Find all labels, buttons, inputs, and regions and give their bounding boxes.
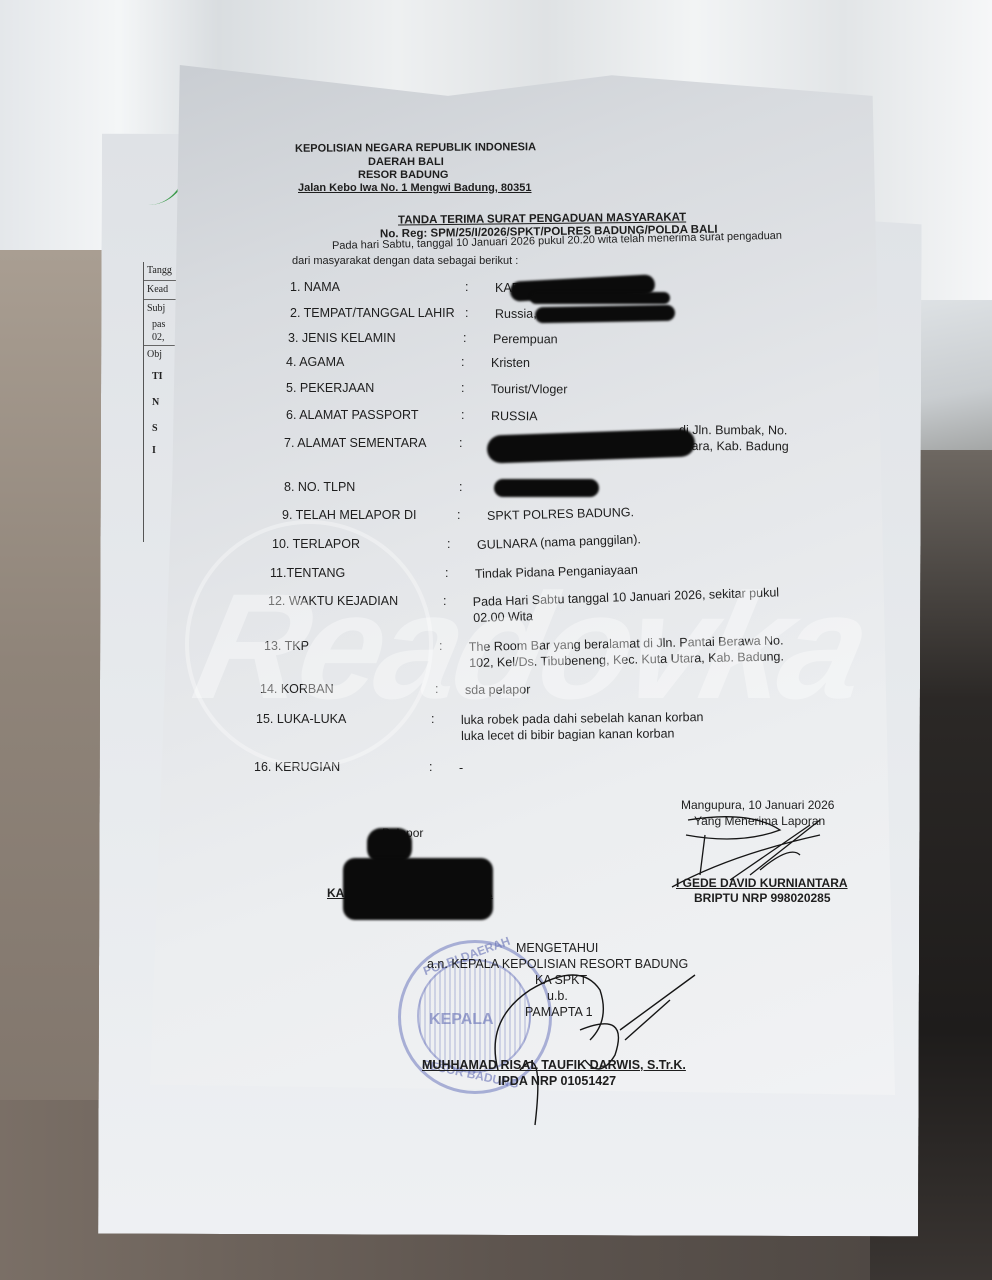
field-colon: : [445,566,448,580]
field-value-line: Tourist/Vloger [491,381,568,397]
field-colon: : [443,594,446,608]
receiver-rank-nrp: BRIPTU NRP 998020285 [694,891,831,905]
field-colon: : [463,331,466,345]
header-region: DAERAH BALI [368,156,444,168]
approval-line-1: MENGETAHUI [516,941,598,955]
field-value-line: Russia, [495,306,537,322]
field-label: 8. NO. TLPN [284,480,355,494]
field-value-line: Kristen [491,355,530,371]
field-value: Tindak Pidana Penganiayaan [475,562,638,582]
field-value: Kristen [491,355,530,371]
field-value: GULNARA (nama panggilan). [477,531,641,553]
field-value: SPKT POLRES BADUNG. [487,504,634,524]
field-value-line: - [459,760,463,776]
field-value: RUSSIA [491,408,538,424]
redaction-name-2 [530,292,670,304]
header-institution: KEPOLISIAN NEGARA REPUBLIK INDONESIA [295,141,536,155]
field-colon: : [461,381,464,395]
document-content: KEPOLISIAN NEGARA REPUBLIK INDONESIA DAE… [0,0,992,1280]
redaction-birth [535,305,675,323]
field-value-line: Perempuan [493,331,558,347]
field-value: di Jln. Bumbak, No.Utara, Kab. Badung [679,422,789,454]
receiver-name: I GEDE DAVID KURNIANTARA [676,876,848,890]
field-colon: : [429,760,432,774]
receiver-place-date: Mangupura, 10 Januari 2026 [681,798,834,812]
field-value: - [459,760,463,776]
approval-name: MUHHAMAD RISAL TAUFIK DARWIS, S.Tr.K. [422,1058,686,1072]
header-resort: RESOR BADUNG [358,169,448,181]
redaction-address [487,428,696,463]
field-colon: : [459,436,462,450]
field-colon: : [447,537,450,551]
field-label: 6. ALAMAT PASSPORT [286,408,418,422]
header-address: Jalan Kebo Iwa No. 1 Mengwi Badung, 8035… [298,182,532,194]
field-colon: : [461,355,464,369]
field-value-line: sda pelapor [465,681,530,698]
field-label: 3. JENIS KELAMIN [288,331,396,345]
field-colon: : [457,508,460,522]
stamp-middle-text: KEPALA [429,1011,494,1029]
redaction-phone [494,479,599,497]
field-value: Pada Hari Sabtu tanggal 10 Januari 2026,… [472,584,779,626]
field-value: Russia, [495,306,537,322]
field-value-line: Utara, Kab. Badung [679,438,789,454]
field-value: The Room Bar yang beralamat di Jln. Pant… [469,632,784,671]
field-label: 4. AGAMA [286,355,344,369]
field-label: 1. NAMA [290,280,340,294]
field-value-line: SPKT POLRES BADUNG. [487,504,634,524]
field-colon: : [431,712,434,726]
field-value: Perempuan [493,331,558,347]
field-value-line: di Jln. Bumbak, No. [679,422,789,438]
approval-signature [490,960,700,1130]
field-label: 5. PEKERJAAN [286,381,374,395]
watermark-circle [185,520,433,768]
field-colon: : [465,306,468,320]
field-value-line: Tindak Pidana Penganiayaan [475,562,638,582]
field-label: 2. TEMPAT/TANGGAL LAHIR [290,306,455,320]
field-value-line: luka lecet di bibir bagian kanan korban [461,725,704,744]
field-value: luka robek pada dahi sebelah kanan korba… [461,709,704,744]
field-value-line: RUSSIA [491,408,538,424]
redaction-reporter-name [343,858,493,920]
field-colon: : [465,280,468,294]
field-label: 7. ALAMAT SEMENTARA [284,436,426,450]
approval-rank-nrp: IPDA NRP 01051427 [498,1074,616,1088]
field-colon: : [439,639,442,653]
field-colon: : [459,480,462,494]
field-value-line: GULNARA (nama panggilan). [477,531,641,553]
field-colon: : [435,682,438,696]
intro-line-2: dari masyarakat dengan data sebagai beri… [292,255,518,267]
field-value: Tourist/Vloger [491,381,568,397]
field-colon: : [461,408,464,422]
field-value: sda pelapor [465,681,530,698]
